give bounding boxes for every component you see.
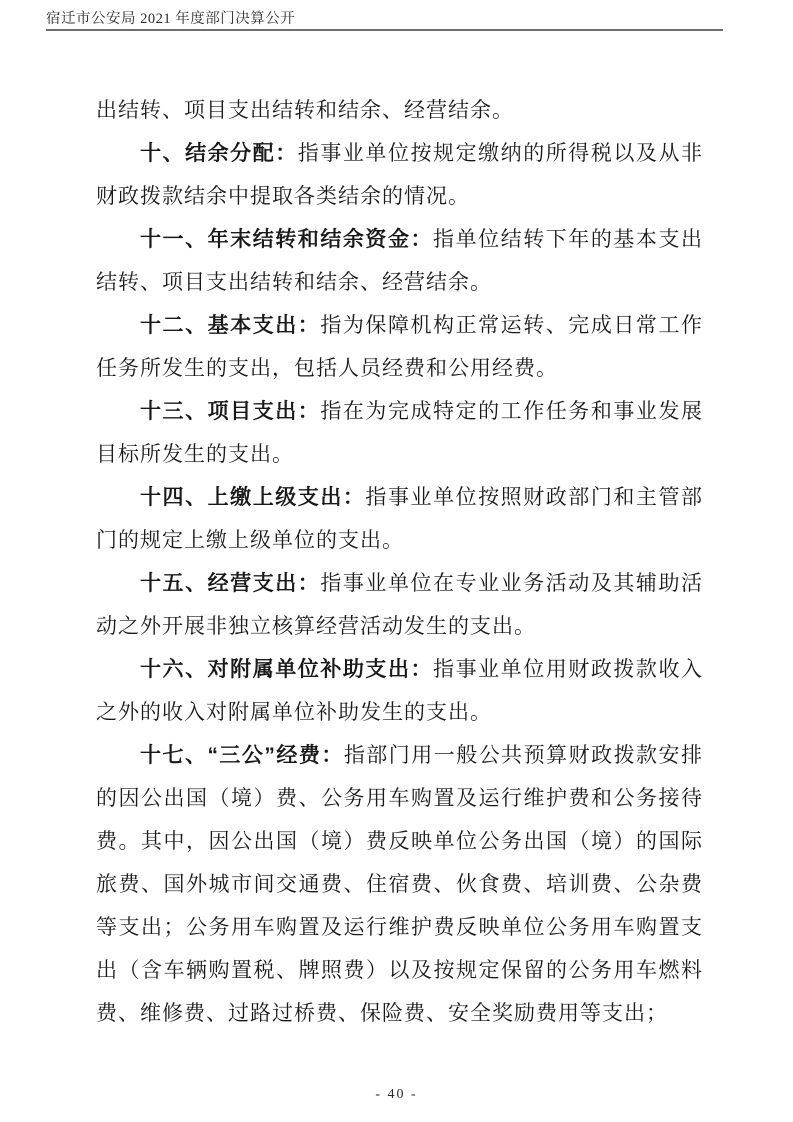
- page-header: 宿迁市公安局 2021 年度部门决算公开: [46, 11, 723, 31]
- paragraph-text: 指部门用一般公共预算财政拨款安排的因公出国（境）费、公务用车购置及运行维护费和公…: [96, 743, 703, 1025]
- paragraph-lead: 十二、基本支出：: [140, 314, 320, 337]
- header-title: 宿迁市公安局 2021 年度部门决算公开: [46, 11, 723, 28]
- paragraph-lead: 十五、经营支出：: [140, 572, 320, 595]
- document-body: 出结转、项目支出结转和结余、经营结余。 十、结余分配：指事业单位按规定缴纳的所得…: [96, 89, 703, 1035]
- paragraph-text: 出结转、项目支出结转和结余、经营结余。: [96, 98, 514, 122]
- paragraph-item-13: 十三、项目支出：指在为完成特定的工作任务和事业发展目标所发生的支出。: [96, 390, 703, 476]
- paragraph-item-17: 十七、“三公”经费：指部门用一般公共预算财政拨款安排的因公出国（境）费、公务用车…: [96, 734, 703, 1035]
- paragraph-lead: 十一、年末结转和结余资金：: [140, 228, 433, 251]
- page-number: - 40 -: [375, 1087, 417, 1102]
- paragraph-lead: 十六、对附属单位补助支出：: [140, 658, 433, 681]
- paragraph-item-12: 十二、基本支出：指为保障机构正常运转、完成日常工作任务所发生的支出，包括人员经费…: [96, 304, 703, 390]
- paragraph-item-16: 十六、对附属单位补助支出：指事业单位用财政拨款收入之外的收入对附属单位补助发生的…: [96, 648, 703, 734]
- paragraph-item-15: 十五、经营支出：指事业单位在专业业务活动及其辅助活动之外开展非独立核算经营活动发…: [96, 562, 703, 648]
- paragraph-continuation: 出结转、项目支出结转和结余、经营结余。: [96, 89, 703, 132]
- document-page: 宿迁市公安局 2021 年度部门决算公开 出结转、项目支出结转和结余、经营结余。…: [0, 0, 793, 1122]
- paragraph-lead: 十四、上缴上级支出：: [140, 486, 365, 509]
- paragraph-lead: 十三、项目支出：: [140, 400, 320, 423]
- page-footer: - 40 -: [0, 1087, 793, 1103]
- header-rule: [46, 29, 723, 31]
- paragraph-item-10: 十、结余分配：指事业单位按规定缴纳的所得税以及从非财政拨款结余中提取各类结余的情…: [96, 132, 703, 218]
- paragraph-lead: 十、结余分配：: [140, 142, 298, 165]
- paragraph-lead: 十七、“三公”经费：: [140, 744, 344, 767]
- paragraph-item-14: 十四、上缴上级支出：指事业单位按照财政部门和主管部门的规定上缴上级单位的支出。: [96, 476, 703, 562]
- paragraph-item-11: 十一、年末结转和结余资金：指单位结转下年的基本支出结转、项目支出结转和结余、经营…: [96, 218, 703, 304]
